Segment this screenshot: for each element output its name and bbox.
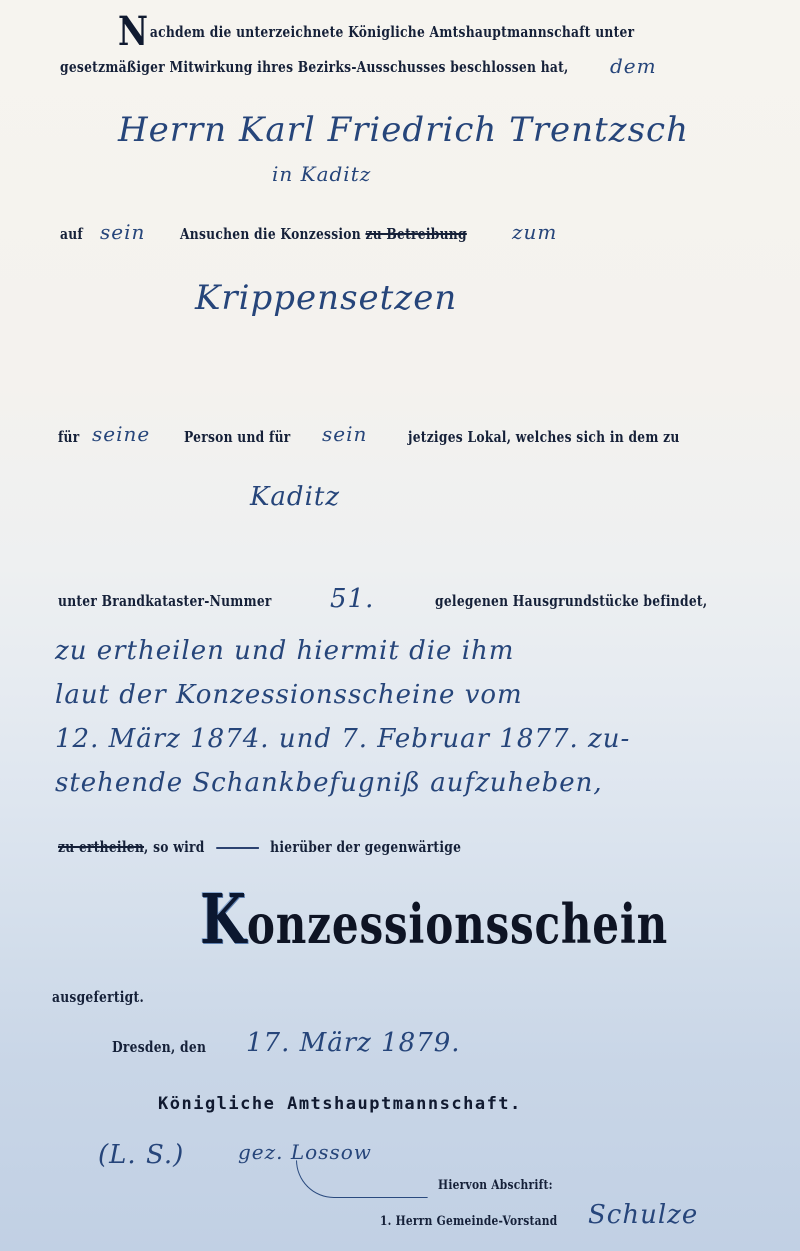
struck-betreibung: zu Betreibung xyxy=(365,225,466,243)
handwritten-block-line-4: stehende Schankbefugniß aufzuheben, xyxy=(55,768,603,798)
resolution-text: gesetzmäßiger Mitwirkung ihres Bezirks-A… xyxy=(60,58,569,76)
issue-date: 17. März 1879. xyxy=(246,1028,461,1058)
copy-recipient-label: 1. Herrn Gemeinde-Vorstand xyxy=(380,1214,557,1229)
text-lokal: jetziges Lokal, welches sich in dem zu xyxy=(408,428,680,446)
signature-flourish xyxy=(296,1160,428,1198)
handwritten-block-line-2: laut der Konzessionsscheine vom xyxy=(55,680,523,710)
seal-mark: (L. S.) xyxy=(98,1140,184,1170)
text-fuer: für xyxy=(58,428,79,446)
handwritten-dem: dem xyxy=(610,54,657,78)
issuance-line: zu ertheilen, so wirdhierüber der gegenw… xyxy=(58,838,461,856)
request-line: auf xyxy=(60,225,83,243)
recipient-name: Herrn Karl Friedrich Trentzsch xyxy=(118,110,689,150)
cadastre-line-1: unter Brandkataster-Nummer xyxy=(58,592,272,610)
title-ornate-capital: K xyxy=(200,880,247,960)
document-page: Nachdem die unterzeichnete Königliche Am… xyxy=(0,0,800,1251)
location-name: Kaditz xyxy=(250,482,340,512)
person-line-3: jetziges Lokal, welches sich in dem zu xyxy=(408,428,680,446)
title-rest: onzessionsschein xyxy=(247,892,668,956)
trade-name: Krippensetzen xyxy=(195,278,457,318)
opening-line: Nachdem die unterzeichnete Königliche Am… xyxy=(118,8,634,55)
drop-cap-letter: N xyxy=(118,8,148,55)
request-text-auf: auf xyxy=(60,225,83,243)
handwritten-seine: seine xyxy=(92,422,150,446)
handwritten-sein-2: sein xyxy=(322,422,367,446)
property-text: gelegenen Hausgrundstücke befindet, xyxy=(435,592,707,610)
person-line-1: für xyxy=(58,428,79,446)
resolution-line: gesetzmäßiger Mitwirkung ihres Bezirks-A… xyxy=(60,58,569,76)
request-line-2: Ansuchen die Konzession zu Betreibung xyxy=(180,225,467,243)
cadastre-number: 51. xyxy=(330,584,374,614)
handwritten-block-line-3: 12. März 1874. und 7. Februar 1877. zu- xyxy=(55,724,630,754)
cadastre-line-2: gelegenen Hausgrundstücke befindet, xyxy=(435,592,707,610)
struck-ertheilen: zu ertheilen xyxy=(58,838,144,856)
handwritten-zum: zum xyxy=(512,220,557,244)
handwritten-sein: sein xyxy=(100,220,145,244)
place-label: Dresden, den xyxy=(112,1038,206,1056)
copy-note: Hiervon Abschrift: xyxy=(438,1178,553,1193)
blank-line xyxy=(216,847,259,849)
issued-text: ausgefertigt. xyxy=(52,988,144,1006)
request-text: Ansuchen die Konzession xyxy=(180,225,361,243)
issuing-authority: Königliche Amtshauptmannschaft. xyxy=(158,1094,522,1114)
handwritten-block-line-1: zu ertheilen und hiermit die ihm xyxy=(55,636,514,666)
cadastre-label: unter Brandkataster-Nummer xyxy=(58,592,272,610)
document-title: Konzessionsschein xyxy=(200,880,668,960)
text-so-wird: , so wird xyxy=(144,838,205,856)
copy-recipient-signature: Schulze xyxy=(588,1200,698,1230)
opening-text: achdem die unterzeichnete Königliche Amt… xyxy=(150,23,634,41)
person-line-2: Person und für xyxy=(184,428,291,446)
text-person: Person und für xyxy=(184,428,291,446)
text-gegenwaertige: hierüber der gegenwärtige xyxy=(270,838,461,856)
recipient-place: in Kaditz xyxy=(272,162,371,186)
